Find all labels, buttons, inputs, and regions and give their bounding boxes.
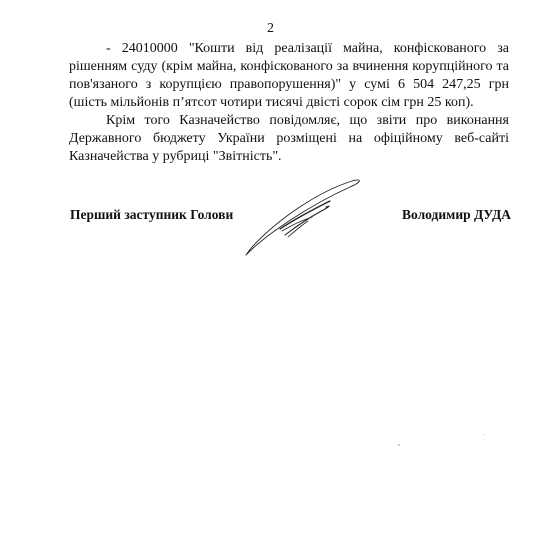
signatory-name: Володимир ДУДА bbox=[402, 207, 511, 223]
scan-speck bbox=[398, 444, 400, 446]
document-body: - 24010000 "Кошти від реалізації майна, … bbox=[69, 40, 509, 166]
signature-icon bbox=[240, 175, 370, 260]
scan-speck bbox=[483, 434, 484, 435]
paragraph-revenue-code: - 24010000 "Кошти від реалізації майна, … bbox=[69, 40, 509, 112]
paragraph-treasury-reports: Крім того Казначейство повідомляє, що зв… bbox=[69, 112, 509, 166]
signatory-title: Перший заступник Голови bbox=[70, 207, 233, 223]
page-number: 2 bbox=[0, 21, 541, 37]
